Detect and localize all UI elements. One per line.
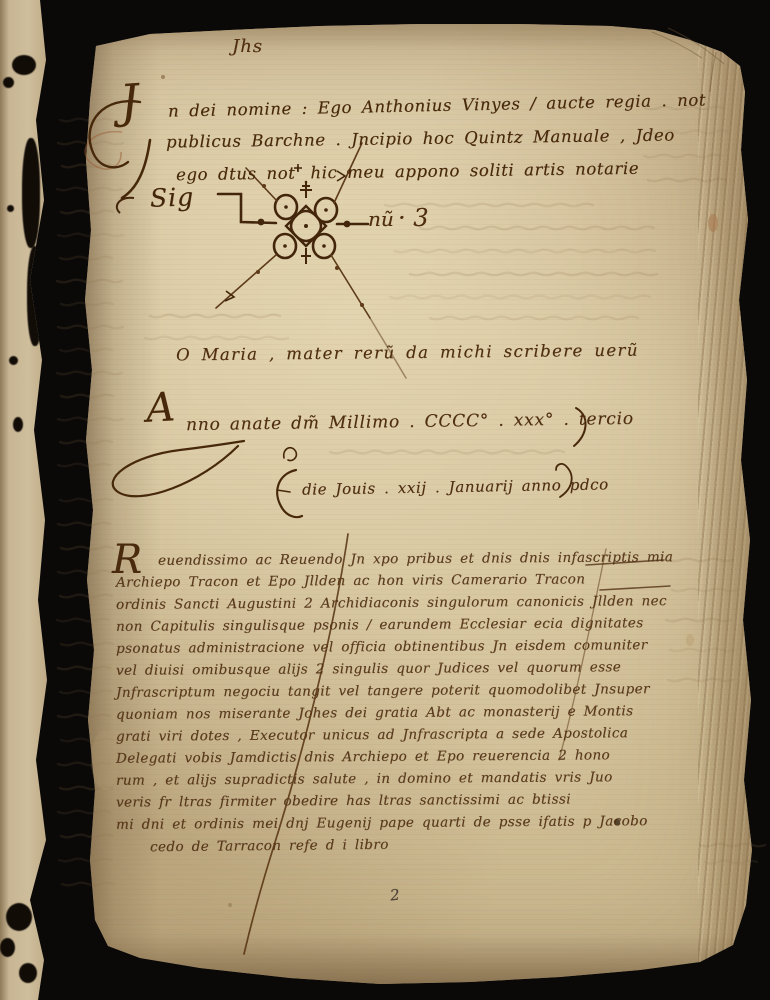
page-hole (3, 77, 14, 88)
signum-prefix: Sig (150, 182, 195, 213)
page-hole (6, 903, 32, 931)
folio-number: 2 (389, 886, 400, 905)
page-hole (9, 356, 18, 365)
entry-line: Archiepo Tracon et Epo Jllden ac hon vir… (116, 571, 585, 590)
page-hole (13, 417, 23, 432)
ihs-monogram: Jhs (232, 36, 263, 57)
page-hole (12, 55, 36, 75)
page-hole (19, 963, 37, 983)
page-hole (22, 138, 40, 248)
bottom-edge-shadow (90, 934, 750, 986)
photo-background: Jhs J n dei nomine : Ego Anthonius Vinye… (0, 0, 770, 1000)
page-hole (27, 246, 43, 346)
opening-initial: J (118, 77, 140, 124)
signum-number: · 3 (398, 204, 429, 232)
top-edge-shadow (90, 20, 750, 50)
year-initial: A (145, 387, 176, 428)
entry-line: cedo de Tarracon refe d i libro (150, 837, 389, 855)
signum-suffix: nũ (368, 207, 394, 231)
deckled-edge (698, 30, 758, 980)
previous-page-edge (0, 0, 52, 1000)
page-hole (0, 938, 15, 957)
entry-line: veris fr ltras firmiter obedire has ltra… (116, 791, 571, 810)
page-hole (7, 205, 14, 212)
